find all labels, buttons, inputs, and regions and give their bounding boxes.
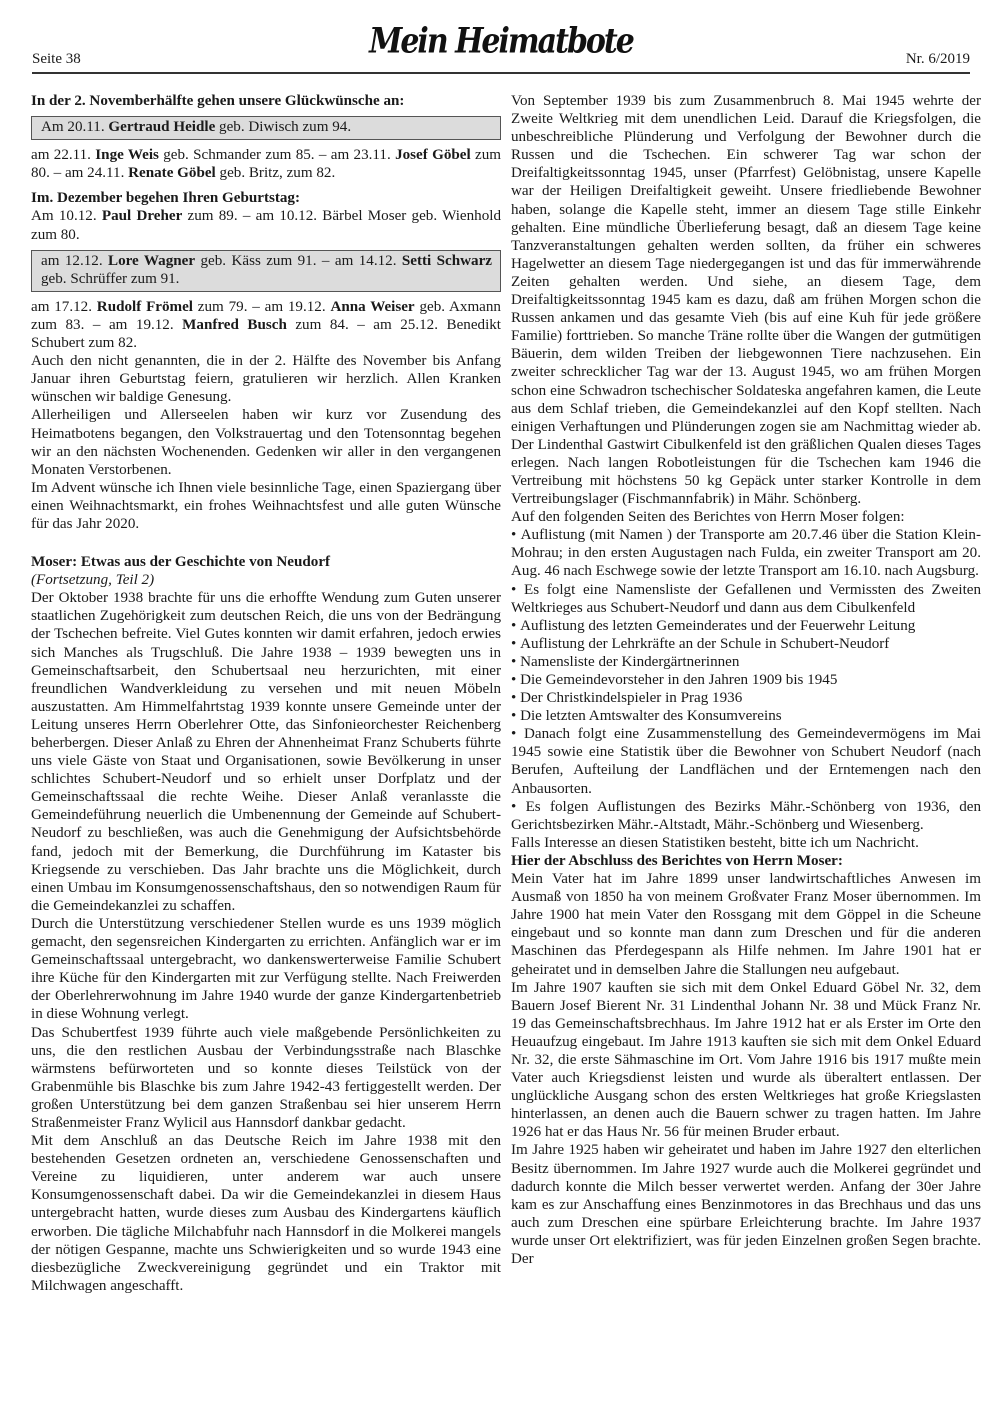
article-paragraph: Der Oktober 1938 brachte für uns die erh… xyxy=(31,589,501,915)
person-name: Paul Dreher xyxy=(102,208,182,224)
paragraph-advent: Im Advent wünsche ich Ihnen viele besinn… xyxy=(31,479,501,533)
list-item: Die letzten Amtswalter des Konsumvereins xyxy=(511,707,981,725)
text: Am 10.12. xyxy=(31,208,102,224)
person-name: Anna Weiser xyxy=(330,299,414,315)
text: Am 20.11. xyxy=(41,119,108,135)
article-title: Moser: Etwas aus der Geschichte von Neud… xyxy=(31,553,501,571)
list-item: Namensliste der Kindergärtnerinnen xyxy=(511,653,981,671)
list-item: Es folgen Auflistungen des Bezirks Mähr.… xyxy=(511,798,981,834)
text: geb. Schrüffer zum 91. xyxy=(41,271,179,287)
statistics-note: Falls Interesse an diesen Statistiken be… xyxy=(511,834,981,852)
article-paragraph: Im Jahre 1925 haben wir geheiratet und h… xyxy=(511,1141,981,1268)
person-name: Josef Göbel xyxy=(395,147,471,163)
text: geb. Britz, zum 82. xyxy=(216,165,335,181)
text: am 12.12. xyxy=(41,253,108,269)
birthday-list-december-2: am 17.12. Rudolf Frömel zum 79. – am 19.… xyxy=(31,298,501,352)
list-item: Auflistung der Lehrkräfte an der Schule … xyxy=(511,635,981,653)
article-paragraph: Im Jahre 1907 kauften sie sich mit dem O… xyxy=(511,979,981,1142)
masthead-logo: Mein Heimatbote xyxy=(369,21,633,61)
highlight-box-birthday: Am 20.11. Gertraud Heidle geb. Diwisch z… xyxy=(31,116,501,140)
birthday-heading-december: Im. Dezember begehen Ihren Geburtstag: xyxy=(31,189,501,207)
birthday-list-december-1: Am 10.12. Paul Dreher zum 89. – am 10.12… xyxy=(31,207,501,243)
person-name: Setti Schwarz xyxy=(402,253,492,269)
person-name: Lore Wagner xyxy=(108,253,195,269)
birthday-list-november: am 22.11. Inge Weis geb. Schmander zum 8… xyxy=(31,146,501,182)
text: am 22.11. xyxy=(31,147,95,163)
highlight-box-birthday: am 12.12. Lore Wagner geb. Käss zum 91. … xyxy=(31,250,501,292)
list-item: Auflistung (mit Namen ) der Transporte a… xyxy=(511,526,981,580)
text: geb. Schmander zum 85. – am 23.11. xyxy=(159,147,395,163)
article-subtitle: (Fortsetzung, Teil 2) xyxy=(31,571,501,589)
article-paragraph: Mein Vater hat im Jahre 1899 unser landw… xyxy=(511,870,981,979)
list-item: Die Gemeindevorsteher in den Jahren 1909… xyxy=(511,671,981,689)
page-number: Seite 38 xyxy=(32,51,81,68)
text: am 17.12. xyxy=(31,299,97,315)
page-header: Seite 38 Mein Heimatbote Nr. 6/2019 xyxy=(32,22,970,74)
list-item: Auflistung des letzten Gemeinderates und… xyxy=(511,617,981,635)
header-rule xyxy=(32,72,970,74)
list-intro: Auf den folgenden Seiten des Berichtes v… xyxy=(511,508,981,526)
person-name: Inge Weis xyxy=(95,147,159,163)
article-paragraph: Von September 1939 bis zum Zusammenbruch… xyxy=(511,92,981,508)
birthday-heading-november: In der 2. Novemberhälfte gehen unsere Gl… xyxy=(31,92,501,110)
article-paragraph: Mit dem Anschluß an das Deutsche Reich i… xyxy=(31,1132,501,1295)
text: geb. Diwisch zum 94. xyxy=(215,119,351,135)
paragraph-allerheiligen: Allerheiligen und Allerseelen haben wir … xyxy=(31,406,501,478)
paragraph-unnamed-greetings: Auch den nicht genannten, die in der 2. … xyxy=(31,352,501,406)
person-name: Gertraud Heidle xyxy=(108,119,215,135)
issue-number: Nr. 6/2019 xyxy=(906,51,970,68)
person-name: Rudolf Frömel xyxy=(97,299,193,315)
list-item: Es folgt eine Namensliste der Gefallenen… xyxy=(511,581,981,617)
article-paragraph: Das Schubertfest 1939 führte auch viele … xyxy=(31,1024,501,1133)
text: zum 79. – am 19.12. xyxy=(193,299,330,315)
list-item: Danach folgt eine Zusammenstellung des G… xyxy=(511,725,981,797)
article-paragraph: Durch die Unterstützung verschiedener St… xyxy=(31,915,501,1024)
list-item: Der Christkindelspieler in Prag 1936 xyxy=(511,689,981,707)
text: geb. Käss zum 91. – am 14.12. xyxy=(195,253,402,269)
person-name: Renate Göbel xyxy=(128,165,216,181)
right-column: Von September 1939 bis zum Zusammenbruch… xyxy=(511,92,981,1268)
left-column: In der 2. Novemberhälfte gehen unsere Gl… xyxy=(31,92,501,1295)
conclusion-heading: Hier der Abschluss des Berichtes von Her… xyxy=(511,852,981,870)
person-name: Manfred Busch xyxy=(182,317,287,333)
